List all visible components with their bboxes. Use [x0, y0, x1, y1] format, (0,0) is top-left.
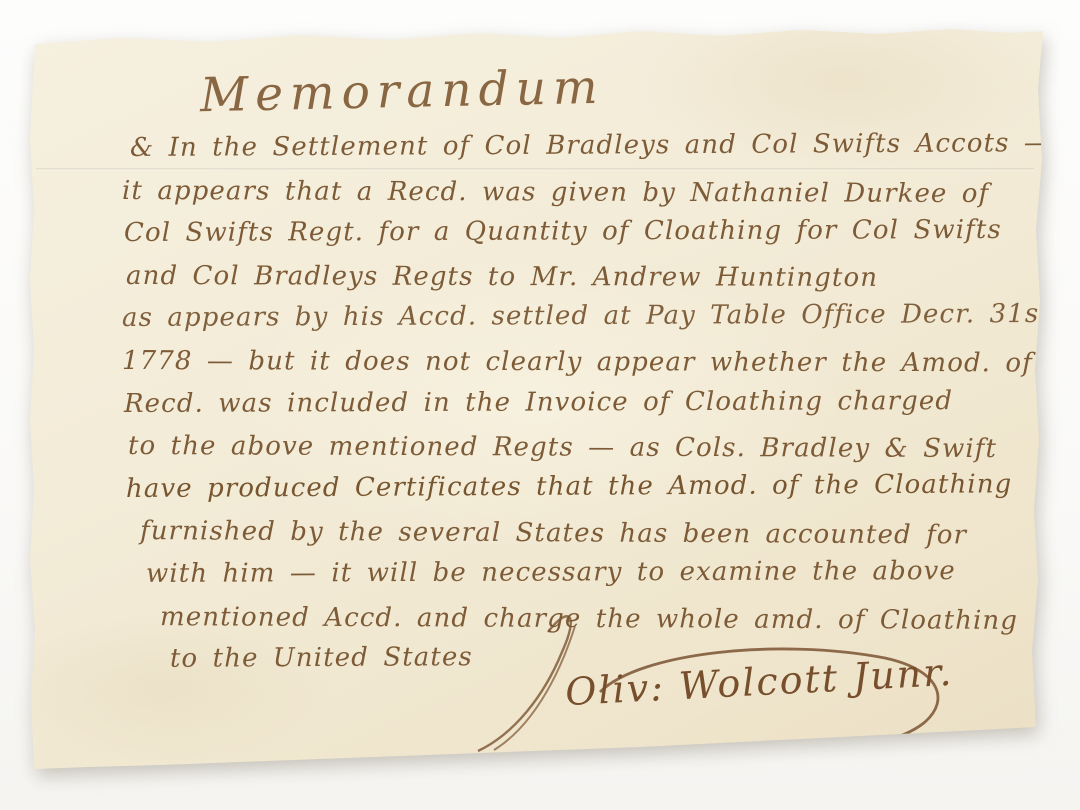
memorandum-paper: Memorandum & In the Settlement of Col Br…: [0, 0, 1080, 810]
document-scan: Memorandum & In the Settlement of Col Br…: [0, 0, 1080, 810]
paper-shadow: Memorandum & In the Settlement of Col Br…: [0, 0, 1080, 810]
